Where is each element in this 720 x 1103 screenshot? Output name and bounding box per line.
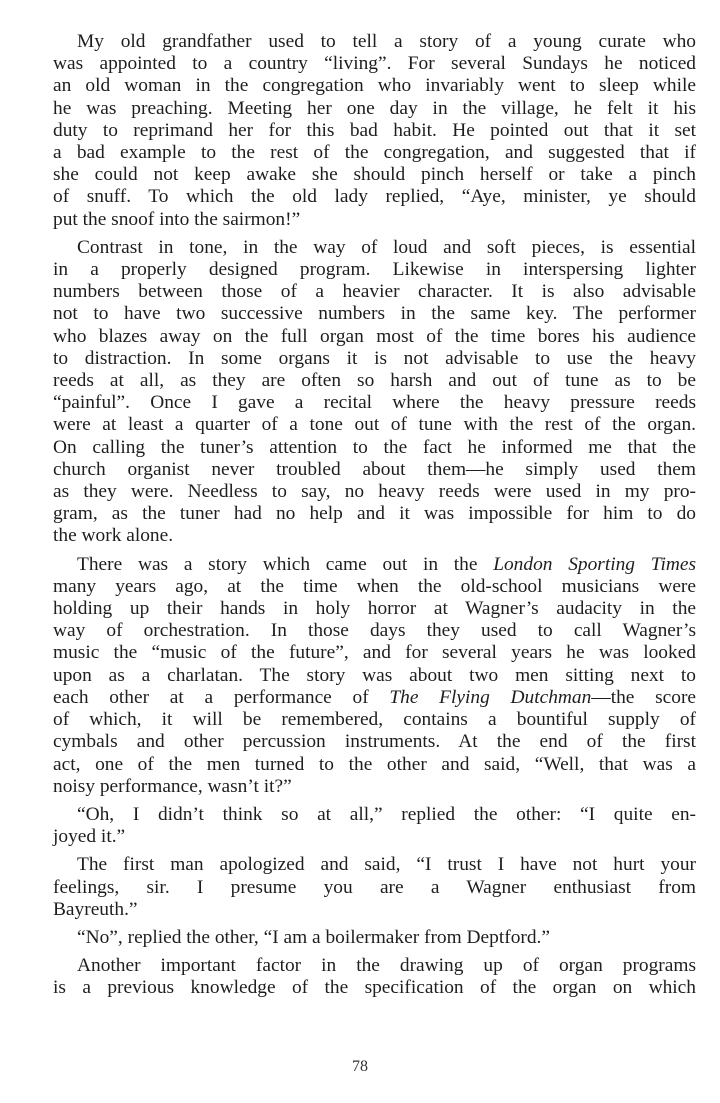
text-line: put the snoof into the sairmon!” — [53, 209, 696, 231]
page-number: 78 — [0, 1058, 720, 1076]
text-line: was appointed to a country “living”. For… — [53, 53, 696, 75]
text-line: joyed it.” — [53, 826, 696, 848]
text-line: an old woman in the congregation who inv… — [53, 75, 696, 97]
text-line: There was a story which came out in the … — [53, 554, 696, 576]
text-line: numbers between those of a heavier chara… — [53, 281, 696, 303]
text-line: act, one of the men turned to the other … — [53, 754, 696, 776]
text-line: On calling the tuner’s attention to the … — [53, 437, 696, 459]
text-line: church organist never troubled about the… — [53, 459, 696, 481]
text-line: of snuff. To which the old lady replied,… — [53, 186, 696, 208]
text-line: “Oh, I didn’t think so at all,” replied … — [53, 804, 696, 826]
text-line: cymbals and other percussion instruments… — [53, 731, 696, 753]
text-line: duty to reprimand her for this bad habit… — [53, 120, 696, 142]
text-line: upon as a charlatan. The story was about… — [53, 665, 696, 687]
text-line: way of orchestration. In those days they… — [53, 620, 696, 642]
text-line: reeds at all, as they are often so harsh… — [53, 370, 696, 392]
text-line: in a properly designed program. Likewise… — [53, 259, 696, 281]
text-line: holding up their hands in holy horror at… — [53, 598, 696, 620]
text-line: “painful”. Once I gave a recital where t… — [53, 392, 696, 414]
paragraph: My old grandfather used to tell a story … — [53, 31, 696, 231]
text-line: to distraction. In some organs it is not… — [53, 348, 696, 370]
text-line: music the “music of the future”, and for… — [53, 642, 696, 664]
text-line: Bayreuth.” — [53, 899, 696, 921]
text-line: as they were. Needless to say, no heavy … — [53, 481, 696, 503]
text-line: My old grandfather used to tell a story … — [53, 31, 696, 53]
text-line: a bad example to the rest of the congreg… — [53, 142, 696, 164]
paragraph: The first man apologized and said, “I tr… — [53, 854, 696, 921]
text-line: feelings, sir. I presume you are a Wagne… — [53, 877, 696, 899]
text-line: of which, it will be remembered, contain… — [53, 709, 696, 731]
text-line: not to have two successive numbers in th… — [53, 303, 696, 325]
text-line: each other at a performance of The Flyin… — [53, 687, 696, 709]
italic-title: London Sporting Times — [493, 554, 696, 575]
italic-title: The Flying Dutchman — [389, 687, 591, 708]
text-line: Contrast in tone, in the way of loud and… — [53, 237, 696, 259]
text-line: were at least a quarter of a tone out of… — [53, 414, 696, 436]
text-line: gram, as the tuner had no help and it wa… — [53, 503, 696, 525]
text-line: The first man apologized and said, “I tr… — [53, 854, 696, 876]
text-line: is a previous knowledge of the specifica… — [53, 977, 696, 999]
paragraph: Another important factor in the drawing … — [53, 955, 696, 999]
text-line: who blazes away on the full organ most o… — [53, 326, 696, 348]
paragraph: “No”, replied the other, “I am a boilerm… — [53, 927, 696, 949]
text-line: she could not keep awake she should pinc… — [53, 164, 696, 186]
text-line: Another important factor in the drawing … — [53, 955, 696, 977]
paragraph: Contrast in tone, in the way of loud and… — [53, 237, 696, 548]
text-line: “No”, replied the other, “I am a boilerm… — [53, 927, 696, 949]
text-line: the work alone. — [53, 525, 696, 547]
paragraph: There was a story which came out in the … — [53, 554, 696, 798]
text-line: many years ago, at the time when the old… — [53, 576, 696, 598]
page-body: My old grandfather used to tell a story … — [53, 31, 696, 1006]
text-line: he was preaching. Meeting her one day in… — [53, 98, 696, 120]
paragraph: “Oh, I didn’t think so at all,” replied … — [53, 804, 696, 848]
text-line: noisy performance, wasn’t it?” — [53, 776, 696, 798]
